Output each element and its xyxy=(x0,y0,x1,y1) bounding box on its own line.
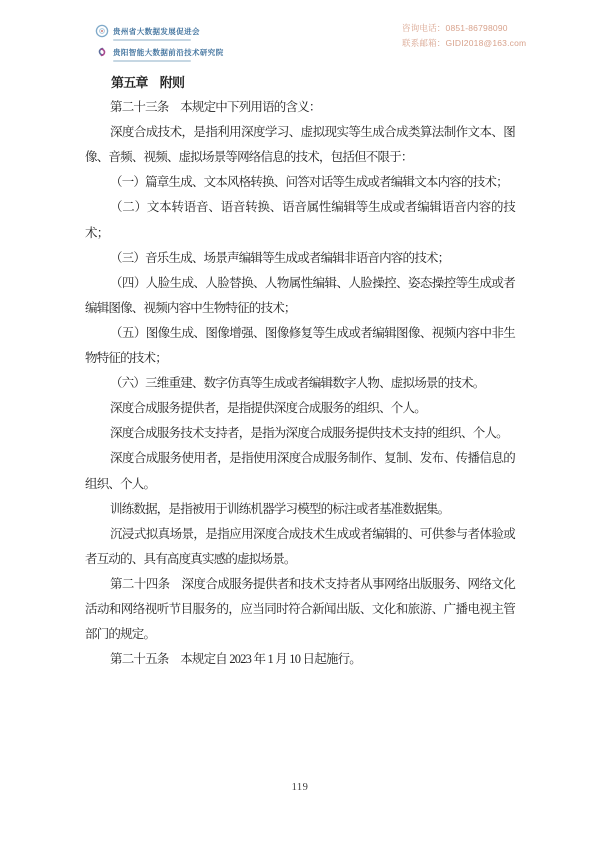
association-english-subtitle-line xyxy=(113,39,191,41)
phone-number: 0851-86798090 xyxy=(446,23,508,33)
list-item-4-face-generation: （四）人脸生成、人脸替换、人物属性编辑、人脸操控、姿态操控等生成或者编辑图像、视… xyxy=(85,271,515,321)
chapter-heading: 第五章 附则 xyxy=(85,70,515,95)
list-item-6-3d-reconstruction: （六）三维重建、数字仿真等生成或者编辑数字人物、虚拟场景的技术。 xyxy=(85,371,515,396)
contact-email-line: 联系邮箱：GIDI2018@163.com xyxy=(402,36,526,51)
document-page: 贵州省大数据发展促进会 贵阳智能大数据前沿技术研究院 咨询电话：0851-867… xyxy=(0,0,600,848)
paragraph-definition-tech-supporter: 深度合成服务技术支持者，是指为深度合成服务提供技术支持的组织、个人。 xyxy=(85,421,515,446)
list-item-3-music-generation: （三）音乐生成、场景声编辑等生成或者编辑非语音内容的技术； xyxy=(85,246,515,271)
page-number: 119 xyxy=(0,782,600,793)
paragraph-article-23: 第二十三条 本规定中下列用语的含义： xyxy=(85,95,515,120)
paragraph-definition-service-user: 深度合成服务使用者，是指使用深度合成服务制作、复制、发布、传播信息的组织、个人。 xyxy=(85,446,515,496)
paragraph-definition-training-data: 训练数据，是指被用于训练机器学习模型的标注或者基准数据集。 xyxy=(85,497,515,522)
list-item-2-speech-generation: （二）文本转语音、语音转换、语音属性编辑等生成或者编辑语音内容的技术； xyxy=(85,195,515,245)
paragraph-definition-deep-synthesis: 深度合成技术，是指利用深度学习、虚拟现实等生成合成类算法制作文本、图像、音频、视… xyxy=(85,120,515,170)
institute-logo: 贵阳智能大数据前沿技术研究院 xyxy=(95,45,224,59)
contact-phone-line: 咨询电话：0851-86798090 xyxy=(402,21,526,36)
list-item-1-text-generation: （一）篇章生成、文本风格转换、问答对话等生成或者编辑文本内容的技术； xyxy=(85,170,515,195)
association-logo: 贵州省大数据发展促进会 xyxy=(95,24,224,38)
institute-name: 贵阳智能大数据前沿技术研究院 xyxy=(113,47,224,58)
email-label: 联系邮箱： xyxy=(402,38,446,48)
institute-swirl-icon xyxy=(95,45,109,59)
letterhead: 贵州省大数据发展促进会 贵阳智能大数据前沿技术研究院 xyxy=(95,24,224,66)
paragraph-article-24: 第二十四条 深度合成服务提供者和技术支持者从事网络出版服务、网络文化活动和网络视… xyxy=(85,572,515,647)
association-emblem-icon xyxy=(95,24,109,38)
phone-label: 咨询电话： xyxy=(402,23,446,33)
document-body: 第五章 附则 第二十三条 本规定中下列用语的含义： 深度合成技术，是指利用深度学… xyxy=(85,70,515,672)
contact-info: 咨询电话：0851-86798090 联系邮箱：GIDI2018@163.com xyxy=(402,21,526,51)
association-name: 贵州省大数据发展促进会 xyxy=(113,26,200,37)
email-address: GIDI2018@163.com xyxy=(446,38,527,48)
paragraph-definition-immersive-scene: 沉浸式拟真场景，是指应用深度合成技术生成或者编辑的、可供参与者体验或者互动的、具… xyxy=(85,522,515,572)
list-item-5-image-generation: （五）图像生成、图像增强、图像修复等生成或者编辑图像、视频内容中非生物特征的技术… xyxy=(85,321,515,371)
institute-english-subtitle-line xyxy=(113,60,191,62)
paragraph-article-25: 第二十五条 本规定自 2023 年 1 月 10 日起施行。 xyxy=(85,647,515,672)
paragraph-definition-service-provider: 深度合成服务提供者，是指提供深度合成服务的组织、个人。 xyxy=(85,396,515,421)
